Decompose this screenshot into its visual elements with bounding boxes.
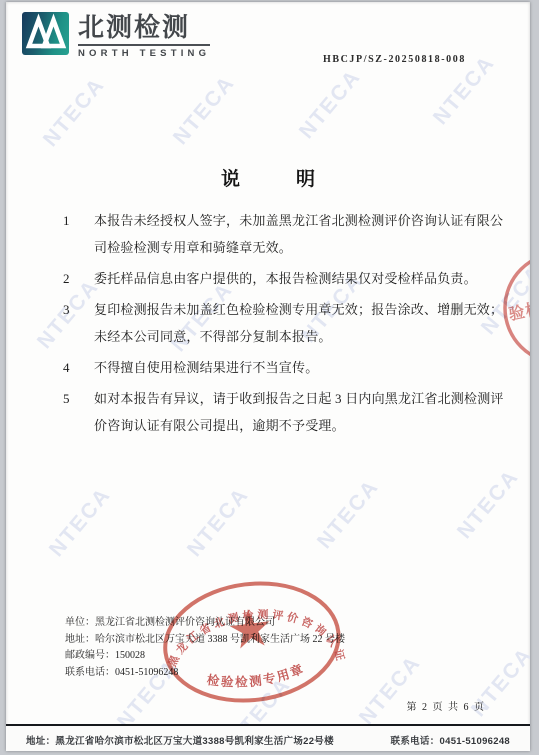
note-number: 4 (63, 354, 94, 381)
page-title: 说 明 (6, 164, 530, 191)
cross-page-seal: 验检 (480, 252, 530, 367)
note-text: 本报告未经授权人签字，未加盖黑龙江省北测检测评价咨询认证有限公司检验检测专用章和… (94, 207, 504, 261)
inspection-seal-stamp: 黑龙江省北测检测评价咨询认证有限公司 检验检测专用章 (146, 561, 358, 726)
note-number: 2 (63, 265, 94, 292)
note-number: 1 (63, 207, 94, 261)
cross-page-seal-text: 验检 (507, 298, 530, 324)
brand-text-block: 北测检测 NORTH TESTING (78, 12, 210, 59)
note-item: 2 委托样品信息由客户提供的，本报告检测结果仅对受检样品负责。 (63, 265, 513, 292)
document-page: NTECANTECANTECANTECANTECANTECANTECANTECA… (6, 2, 530, 751)
note-item: 3 复印检测报告未加盖红色检验检测专用章无效；报告涂改、增删无效；未经本公司同意… (63, 296, 513, 350)
notes-list: 1 本报告未经授权人签字，未加盖黑龙江省北测检测评价咨询认证有限公司检验检测专用… (63, 207, 513, 443)
page-indicator: 第 2 页 共 6 页 (407, 698, 485, 713)
note-text: 委托样品信息由客户提供的，本报告检测结果仅对受检样品负责。 (94, 265, 504, 292)
footer-bar: 地址：黑龙江省哈尔滨市松北区万宝大道3388号凯利家生活广场22号楼 联系电话：… (6, 724, 530, 751)
footer-phone: 联系电话：0451-51096248 (391, 733, 510, 747)
footer-address: 地址：黑龙江省哈尔滨市松北区万宝大道3388号凯利家生活广场22号楼 (26, 733, 334, 747)
page-title-char-left: 说 (221, 164, 240, 191)
note-text: 复印检测报告未加盖红色检验检测专用章无效；报告涂改、增删无效；未经本公司同意，不… (94, 296, 504, 350)
brand-name-cn: 北测检测 (78, 12, 210, 46)
report-number: HBCJP/SZ-20250818-008 (323, 54, 466, 65)
brand-name-en: NORTH TESTING (78, 48, 210, 59)
note-text: 如对本报告有异议，请于收到报告之日起 3 日内向黑龙江省北测检测评价咨询认证有限… (94, 385, 504, 439)
note-item: 1 本报告未经授权人签字，未加盖黑龙江省北测检测评价咨询认证有限公司检验检测专用… (63, 207, 513, 261)
note-text: 不得擅自使用检测结果进行不当宣传。 (94, 354, 504, 381)
note-item: 5 如对本报告有异议，请于收到报告之日起 3 日内向黑龙江省北测检测评价咨询认证… (63, 385, 513, 439)
north-testing-logo-icon (22, 12, 69, 55)
page-title-char-right: 明 (296, 164, 315, 191)
note-number: 3 (63, 296, 94, 350)
header-logo: 北测检测 NORTH TESTING (22, 12, 210, 59)
note-item: 4 不得擅自使用检测结果进行不当宣传。 (63, 354, 513, 381)
note-number: 5 (63, 385, 94, 439)
